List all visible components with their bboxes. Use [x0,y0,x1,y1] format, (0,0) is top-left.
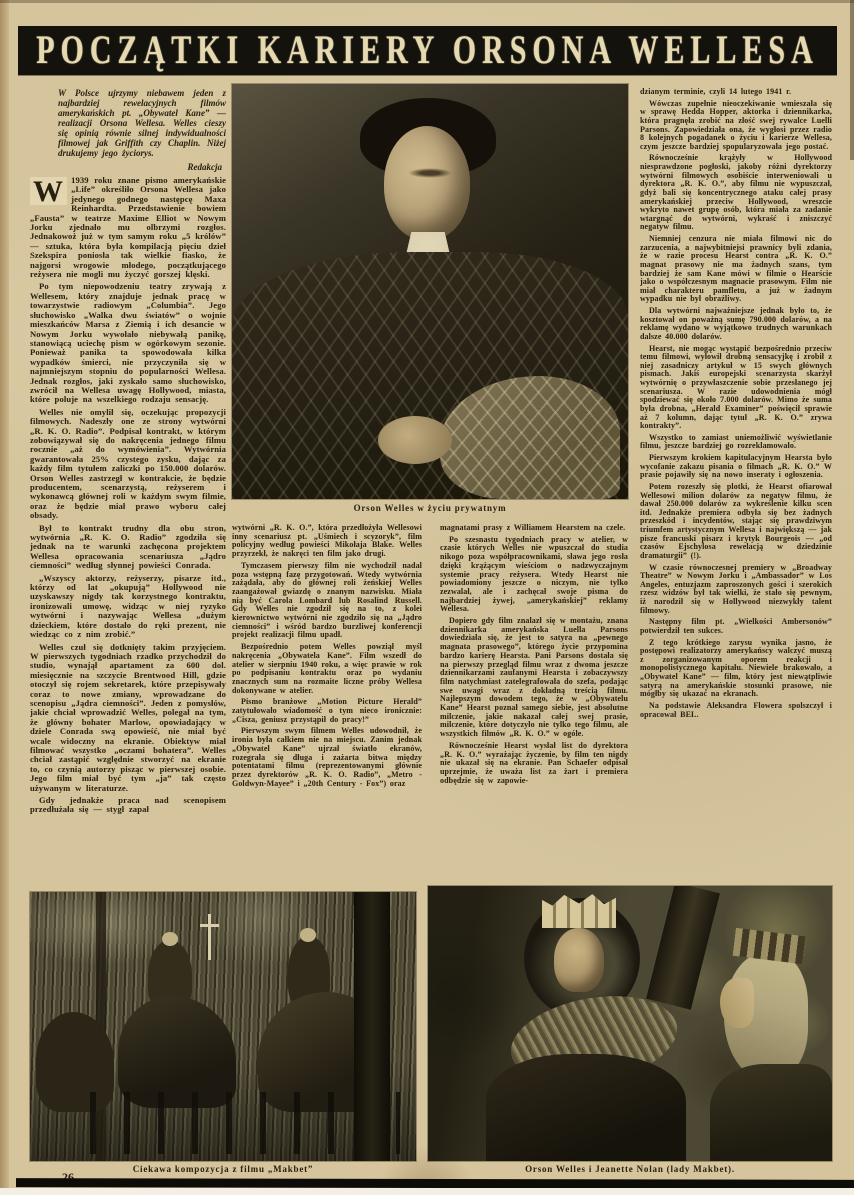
article-paragraph: Następny film pt. „Wielkości Ambersonów”… [640,618,832,635]
orson-welles-portrait-photo [232,84,628,499]
article-paragraph: Po tym niepowodzeniu teatry zrywają z We… [30,282,226,404]
portrait-caption: Orson Welles w życiu prywatnym [232,503,628,513]
article-paragraph: magnatami prasy z Williamem Hearstem na … [440,524,628,533]
article-paragraph: Gdy jednakże praca nad scenopisem przedł… [30,796,226,815]
helmet-shape [162,932,178,946]
cross-standard-bar-shape [200,924,219,927]
intro-text: W Polsce ujrzymy niebawem jeden z najbar… [58,88,226,158]
makbet-forest-photo [30,892,416,1161]
paper-edge-right [850,0,854,160]
tree-trunk-shape [354,892,390,1161]
intro-signature: Redakcja [58,162,226,172]
article-paragraph: Był to kontrakt trudny dla obu stron, wy… [30,524,226,571]
article-paragraph: Potem rozeszły się plotki, że Hearst ofi… [640,483,832,561]
article-paragraph: Równocześnie Hearst wysłał list do dyrek… [440,742,628,786]
king-face-shape [554,928,604,992]
article-paragraph: dzianym terminie, czyli 14 lutego 1941 r… [640,88,832,97]
article-paragraph: Dopiero gdy film znalazł się w montażu, … [440,617,628,739]
article-paragraph: Welles czuł się dotknięty takim przyjęci… [30,643,226,794]
article-column-1: W1939 roku znane pismo amerykańskie „Lif… [30,176,226,888]
makbet-left-caption: Ciekawa kompozycja z filmu „Makbet” [30,1164,416,1174]
article-paragraph: Welles nie omylił się, oczekując propozy… [30,408,226,521]
article-paragraph: Pierwszym krokiem kapitulacyjnym Hearsta… [640,454,832,480]
makbet-right-caption: Orson Welles i Jeanette Nolan (lady Makb… [428,1164,832,1174]
lady-robe-shape [710,1064,832,1161]
article-paragraph: Pierwszym swym filmem Welles udowodnił, … [232,727,422,788]
makbet-couple-photo [428,886,832,1161]
raised-arm-shape [646,886,720,1010]
article-paragraph: Z tego krótkiego zarysu wynika jasno, że… [640,639,832,699]
article-paragraph: Wówczas zupełnie nieoczekiwanie wmieszał… [640,100,832,152]
article-paragraph: Hearst, nie mogąc wystąpić bezpośrednio … [640,345,832,431]
lady-crown-shape [733,928,806,964]
article-paragraph: wytwórni „R. K. O.”, która przedłożyła W… [232,524,422,559]
article-paragraph: Bezpośrednio potem Welles powziął myśl n… [232,643,422,695]
article-paragraph: Równocześnie krążyły w Hollywood niespra… [640,154,832,232]
title-banner: POCZĄTKI KARIERY ORSONA WELLESA [18,26,837,75]
article-column-2: wytwórni „R. K. O.”, która przedłożyła W… [232,524,422,880]
hand-shape [378,416,452,464]
page-title: POCZĄTKI KARIERY ORSONA WELLESA [36,28,819,74]
article-paragraph: Niemniej cenzura nie miała filmowi nic d… [640,235,832,304]
helmet-shape [300,928,316,942]
article-paragraph: W1939 roku znane pismo amerykańskie „Lif… [30,176,226,279]
lady-face-shape [720,978,754,1028]
editorial-intro: W Polsce ujrzymy niebawem jeden z najbar… [58,88,226,172]
magazine-page: POCZĄTKI KARIERY ORSONA WELLESA W Polsce… [0,0,854,1195]
article-paragraph: Po szesnastu tygodniach pracy w atelier,… [440,536,628,614]
article-paragraph: W czasie równoczesnej premiery w „Broadw… [640,564,832,616]
paper-edge-top [0,0,854,3]
article-paragraph: Wszystko to zamiast uniemożliwić wyświet… [640,434,832,451]
article-column-3: magnatami prasy z Williamem Hearstem na … [440,524,628,880]
article-paragraph: „Wszyscy aktorzy, reżyserzy, pisarze itd… [30,574,226,640]
article-paragraph: Pismo branżowe „Motion Picture Herald” z… [232,698,422,724]
article-column-4: dzianym terminie, czyli 14 lutego 1941 r… [640,88,832,882]
brow-shadow-shape [408,168,452,178]
scan-edge-white [0,1188,854,1195]
face-shape [384,126,470,240]
cross-standard-shape [208,914,211,960]
article-paragraph: Na podstawie Aleksandra Flowera spolszcz… [640,702,832,719]
article-paragraph: Dla wytwórni najważniejsze jednak było t… [640,307,832,342]
king-cloak-shape [486,1054,686,1161]
drop-cap: W [30,177,67,205]
paper-edge-left [0,0,9,1195]
article-paragraph: Tymczasem pierwszy film nie wychodził na… [232,562,422,640]
